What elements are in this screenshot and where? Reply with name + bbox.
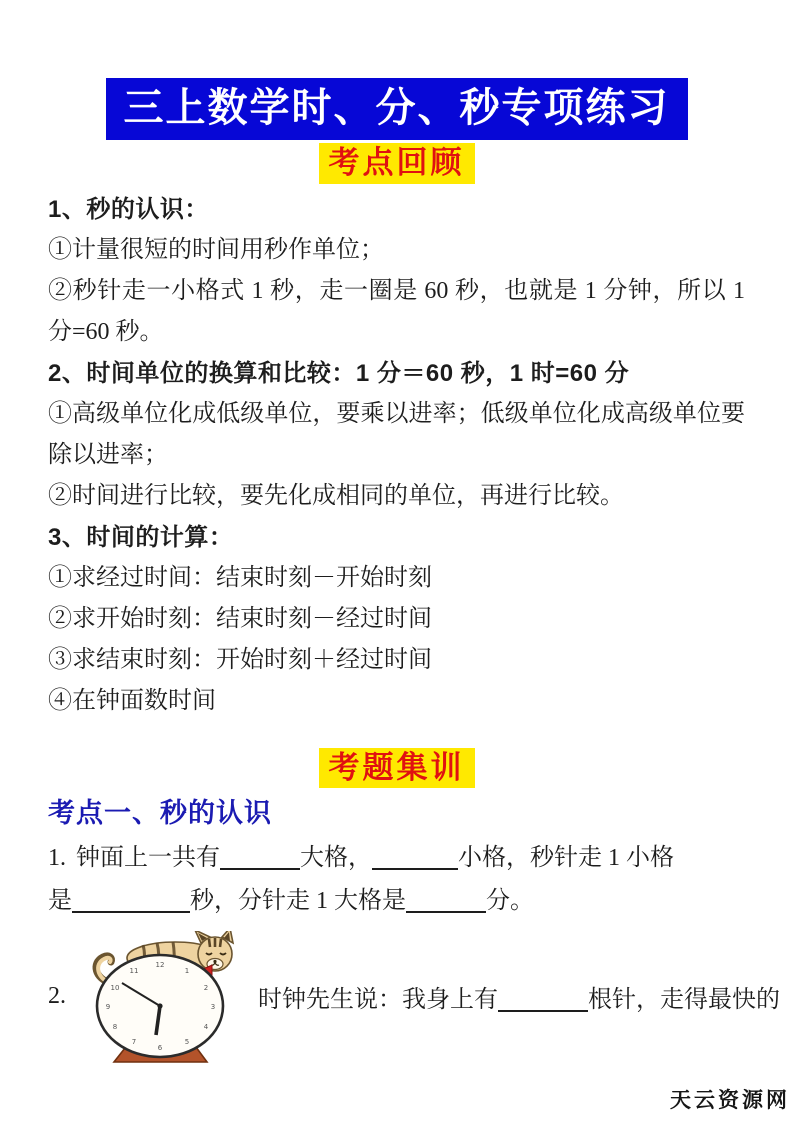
- question-2: 2.: [0, 931, 793, 1063]
- question-2-line: 时钟先生说：我身上有根针，走得最快的: [258, 979, 780, 1014]
- review-line: ③求结束时刻：开始时刻＋经过时间: [48, 640, 745, 681]
- answer-blank: [406, 887, 486, 913]
- watermark: 天云资源网: [670, 1084, 790, 1114]
- review-heading-3: 3、时间的计算：: [48, 517, 745, 558]
- review-section: 1、秒的认识： ①计量很短的时间用秒作单位； ②秒针走一小格式 1 秒，走一圈是…: [0, 184, 793, 722]
- review-badge-row: 考点回顾: [0, 143, 793, 184]
- worksheet-page: 三上数学时、分、秒专项练习 考点回顾 1、秒的认识： ①计量很短的时间用秒作单位…: [0, 0, 793, 1122]
- review-line: 分=60 秒。: [48, 312, 745, 353]
- svg-text:7: 7: [132, 1038, 136, 1046]
- question-2-number: 2.: [48, 983, 66, 1010]
- question-2-text: 时钟先生说：我身上有: [258, 987, 498, 1013]
- question-1-line-1: 1.钟面上一共有大格，小格，秒针走 1 小格: [0, 837, 793, 880]
- review-line: ①计量很短的时间用秒作单位；: [48, 230, 745, 271]
- question-1-text: 钟面上一共有: [76, 845, 220, 871]
- answer-blank: [220, 844, 300, 870]
- question-2-text: 根针，走得最快的: [588, 987, 780, 1013]
- svg-text:6: 6: [158, 1044, 163, 1052]
- review-line: ①求经过时间：结束时刻－开始时刻: [48, 558, 745, 599]
- drill-badge: 考题集训: [319, 748, 475, 789]
- svg-text:1: 1: [185, 967, 189, 975]
- question-1-number: 1.: [48, 845, 66, 871]
- svg-text:3: 3: [211, 1003, 215, 1011]
- svg-text:4: 4: [204, 1023, 209, 1031]
- question-1-text: 小格，秒针走 1 小格: [458, 845, 674, 871]
- answer-blank: [72, 887, 190, 913]
- page-title: 三上数学时、分、秒专项练习: [106, 78, 688, 140]
- question-1-text: 大格，: [300, 845, 372, 871]
- svg-text:12: 12: [156, 961, 165, 969]
- review-line: ①高级单位化成低级单位，要乘以进率；低级单位化成高级单位要: [48, 394, 745, 435]
- svg-text:8: 8: [113, 1023, 117, 1031]
- review-line: ②求开始时刻：结束时刻－经过时间: [48, 599, 745, 640]
- answer-blank: [498, 986, 588, 1012]
- svg-text:9: 9: [106, 1003, 110, 1011]
- review-line: 除以进率；: [48, 435, 745, 476]
- svg-text:5: 5: [185, 1038, 189, 1046]
- drill-badge-row: 考题集训: [0, 748, 793, 789]
- svg-text:2: 2: [204, 984, 208, 992]
- review-line: ④在钟面数时间: [48, 681, 745, 722]
- review-heading-2: 2、时间单位的换算和比较：1 分＝60 秒，1 时=60 分: [48, 353, 745, 394]
- svg-text:11: 11: [130, 967, 139, 975]
- question-1-text: 分。: [486, 888, 534, 914]
- question-1-text: 是: [48, 888, 72, 914]
- review-badge: 考点回顾: [319, 143, 475, 184]
- topic-1-heading: 考点一、秒的认识: [0, 797, 793, 831]
- svg-text:10: 10: [111, 984, 120, 992]
- review-heading-1: 1、秒的认识：: [48, 189, 745, 230]
- review-line: ②秒针走一小格式 1 秒，走一圈是 60 秒，也就是 1 分钟，所以 1: [48, 271, 745, 312]
- cat-lying-on-clock-illustration: 1212 345 678 91011: [83, 931, 251, 1063]
- question-1-line-2: 是秒，分针走 1 大格是分。: [0, 880, 793, 923]
- answer-blank: [372, 844, 458, 870]
- question-1-text: 秒，分针走 1 大格是: [190, 888, 406, 914]
- review-line: ②时间进行比较，要先化成相同的单位，再进行比较。: [48, 476, 745, 517]
